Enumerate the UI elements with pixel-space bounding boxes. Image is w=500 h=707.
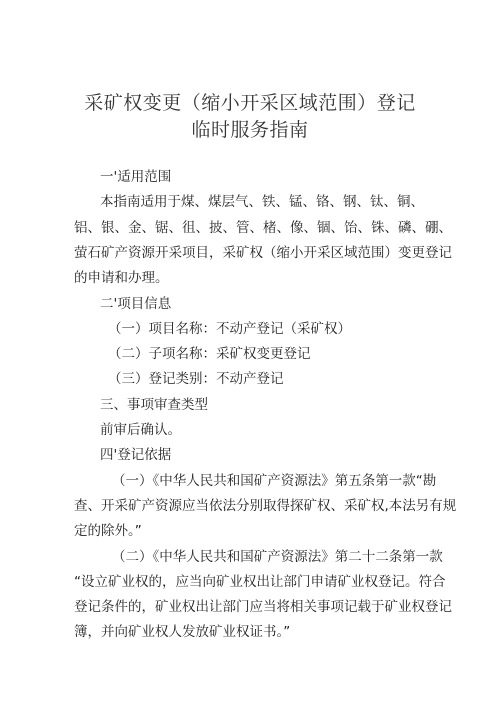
paragraph-line: 萤石矿产资源开采项目，采矿权（缩小开采区域范围）变更登记 (74, 243, 452, 263)
paragraph-line: 的申请和办理。 (74, 268, 169, 288)
section-heading-review-type: 三、事项审查类型 (100, 395, 208, 415)
paragraph-line: 登记条件的，矿业权出让部门应当将相关事项记载于矿业权登记 (74, 597, 452, 617)
paragraph-line: 簿，并向矿业权人发放矿业权证书。” (74, 622, 290, 642)
document-page: 采矿权变更（缩小开采区域范围）登记 临时服务指南 一'适用范围 本指南适用于煤、… (0, 0, 500, 707)
paragraph-line: （一）《中华人民共和国矿产资源法》第五条第一款“勘 (112, 471, 436, 491)
review-type-body: 前审后确认。 (100, 420, 181, 440)
project-info-item: （三）登记类别：不动产登记 (108, 369, 284, 389)
paragraph-line: 本指南适用于煤、煤层气、铁、锰、铬、钢、钛、铜、 (100, 192, 424, 212)
project-info-item: （二）子项名称：采矿权变更登记 (108, 344, 311, 364)
section-heading-scope: 一'适用范围 (100, 167, 171, 187)
section-heading-legal-basis: 四'登记依据 (100, 445, 171, 465)
paragraph-line: 查、开采矿产资源应当依法分别取得探矿权、采矿权,本法另有规 (74, 496, 456, 516)
project-info-item: （一）项目名称：不动产登记（采矿权） (108, 319, 351, 339)
paragraph-line: 定的除外。” (74, 521, 142, 541)
paragraph-line: （二）《中华人民共和国矿产资源法》第二十二条第一款 (112, 547, 443, 567)
document-title-line-2: 临时服务指南 (0, 115, 500, 142)
document-title-line-1: 采矿权变更（缩小开采区域范围）登记 (0, 88, 500, 115)
paragraph-line: 铝、银、金、锯、徂、披、管、楮、像、锢、饴、铢、磷、硼、 (74, 218, 452, 238)
section-heading-project-info: 二'项目信息 (100, 294, 171, 314)
paragraph-line: “设立矿业权的，应当向矿业权出让部门申请矿业权登记。符合 (74, 572, 446, 592)
